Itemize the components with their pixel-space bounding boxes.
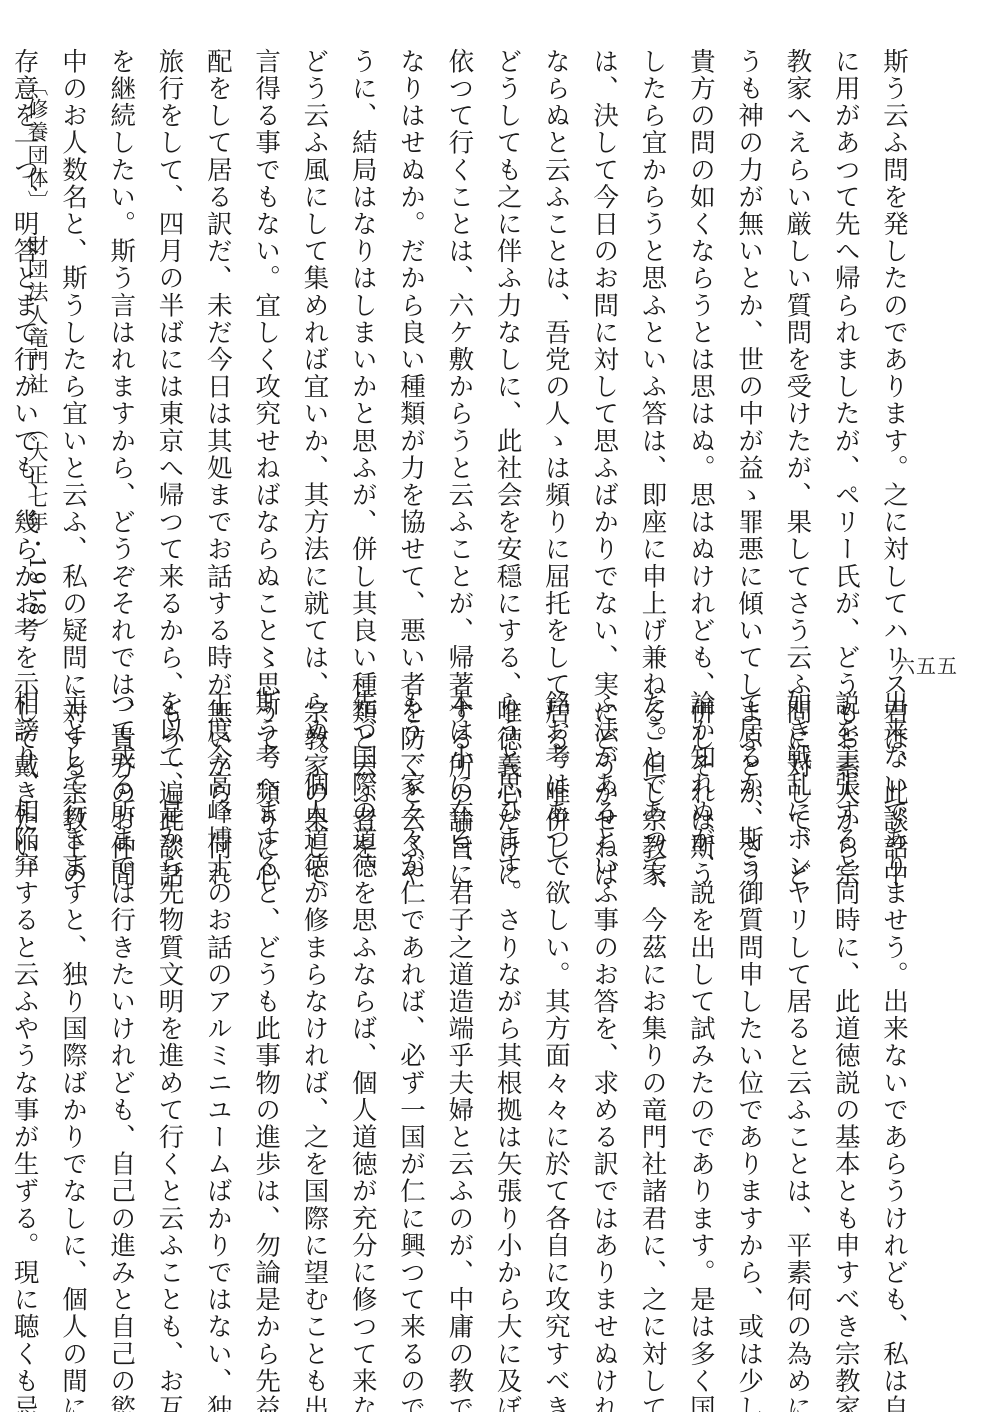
footer-date: （大正七年・1918） [25,418,49,640]
footer-publisher: 財団法人竜門社 [25,235,49,396]
text-column: うも神の力が無いとか、世の中が益ゝ罪悪に傾いてしまふとか、さう [725,48,773,648]
text-column: うに、結局はなりはしまいかと思ふが、併し其良い種類と云ふ者を、 [338,48,386,648]
text-column: 出来ないでありませう。出来ないであらうけれども、私は自分が道徳 [870,690,918,1290]
running-footer: 〔修養団体〕財団法人竜門社（大正七年・1918） [22,75,52,640]
text-column: ならぬと云ふことは、吾党の人ゝは頻りに屈托をして居る。唯併し、 [532,48,580,648]
text-column: らうと思ひます。さりながら其根拠は矢張り小から大に及ぼす、大の [483,690,531,1290]
text-block-bottom: 出来ないでありませう。出来ないであらうけれども、私は自分が道徳 説を主張すると同… [0,690,918,1290]
text-column: どうしても之に伴ふ力なしに、此社会を安穏にする、唯徳義心だけに [483,48,531,648]
text-column: らぬ。個人道徳が修まらなければ、之を国際に望むことも出来ない。 [290,690,338,1290]
text-column: 本は小に在る、君子之道造端乎夫婦と云ふのが、中庸の教であつて、 [435,690,483,1290]
text-column: 中のお人数名と、斯うしたら宜いと云ふ、私の疑問に対する宗教上の [49,48,97,648]
text-column: したら宜からうと思ふといふ答は、即座に申上げ兼ねる。但し宗教家 [628,48,676,648]
text-column: 論か知れぬが、説を出して試みたのであります。是は多く国際に関し [677,690,725,1290]
text-column: 先づ国際の道徳を思ふならば、個人道徳が充分に修つて来なければな [338,690,386,1290]
text-column: 配をして居る訳だ、未だ今日は其処までお話する時が無いから、何れ [194,48,242,648]
text-column: 依つて行くことは、六ケ敷からうと云ふことが、帰著する所の論旨に [435,48,483,648]
text-column: 斯う考へますると、どうも此事物の進歩は、勿論是から先益ゝ努めて [242,690,290,1290]
text-column: 旅行をして、四月の半ばには東京へ帰つて来るから、もう一遍此談話 [145,48,193,648]
text-column: ふ法があるといふ事のお答を、求める訳ではありませぬけれども、銘 [580,690,628,1290]
footer-category: 〔修養団体〕 [25,75,49,213]
page-number: 六五五 [895,650,955,679]
text-column: 丁度今高峰博士のお話のアルミニユームばかりではない、独創的発明 [194,690,242,1290]
text-column: もう一家々々が仁であれば、必ず一国が仁に興つて来るのであるから [387,690,435,1290]
text-column: たことであつて、今茲にお集りの竜門社諸君に、之に対しては斯う云 [628,690,676,1290]
text-column: 教家へえらい厳しい質問を受けたが、果してさう云ふ問に対して、ど [773,48,821,648]
text-column: 斯う云ふ問を発したのであります。之に対してハリス君は、此談話中 [870,48,918,648]
text-column: なりはせぬか。だから良い種類が力を協せて、悪い者を防ぐと云ふや [387,48,435,648]
text-column: 銘お考はあつて欲しい。其方面々々に於て各自に攻究すべきことであ [532,690,580,1290]
text-column: て居るか、斯う御質問申したい位でありますから、或は少し極端の議 [725,690,773,1290]
text-column: を継続したい。斯う言はれますから、どうぞそれでは、貴方のお仲間 [97,48,145,648]
text-column: 説を主張すると同時に、此道徳説の基本とも申すべき宗教家が、斯の [821,690,869,1290]
text-column: 相謗り、相陥穽すると云ふやうな事が生ずる。現に聴くも忌はしいや [0,690,48,1290]
text-column: 如き戦乱にボンヤリして居ると云ふことは、平素何の為めに神に仕へ [773,690,821,1290]
text-block-top: 斯う云ふ問を発したのであります。之に対してハリス君は、此談話中 に用があつて先へ… [0,48,918,648]
text-column: を以て、是から先物質文明を進めて行くと云ふことも、お互の力に依 [145,690,193,1290]
text-column: つて或る所までは行きたいけれども、自己の進みと自己の慾望のみを [97,690,145,1290]
text-column: は、決して今日のお問に対して思ふばかりでない、実にどうかせねば [580,48,628,648]
text-column: 主として行きますと、独り国際ばかりでなしに、個人の間にも相鬩ぎ [49,690,97,1290]
text-column: に用があつて先へ帰られましたが、ペリー氏が、どうもお素人から宗 [821,48,869,648]
text-column: 言得る事でもない。宜しく攻究せねばならぬこと〻思うて、頻りに心 [242,48,290,648]
text-column: どう云ふ風にして集めれば宜いか、其方法に就ては、宗教家の果して [290,48,338,648]
text-column: 貴方の問の如くならうとは思はぬ。思はぬけれども、併しそれは斯う [677,48,725,648]
book-page: 斯う云ふ問を発したのであります。之に対してハリス君は、此談話中 に用があつて先へ… [0,0,1003,1412]
